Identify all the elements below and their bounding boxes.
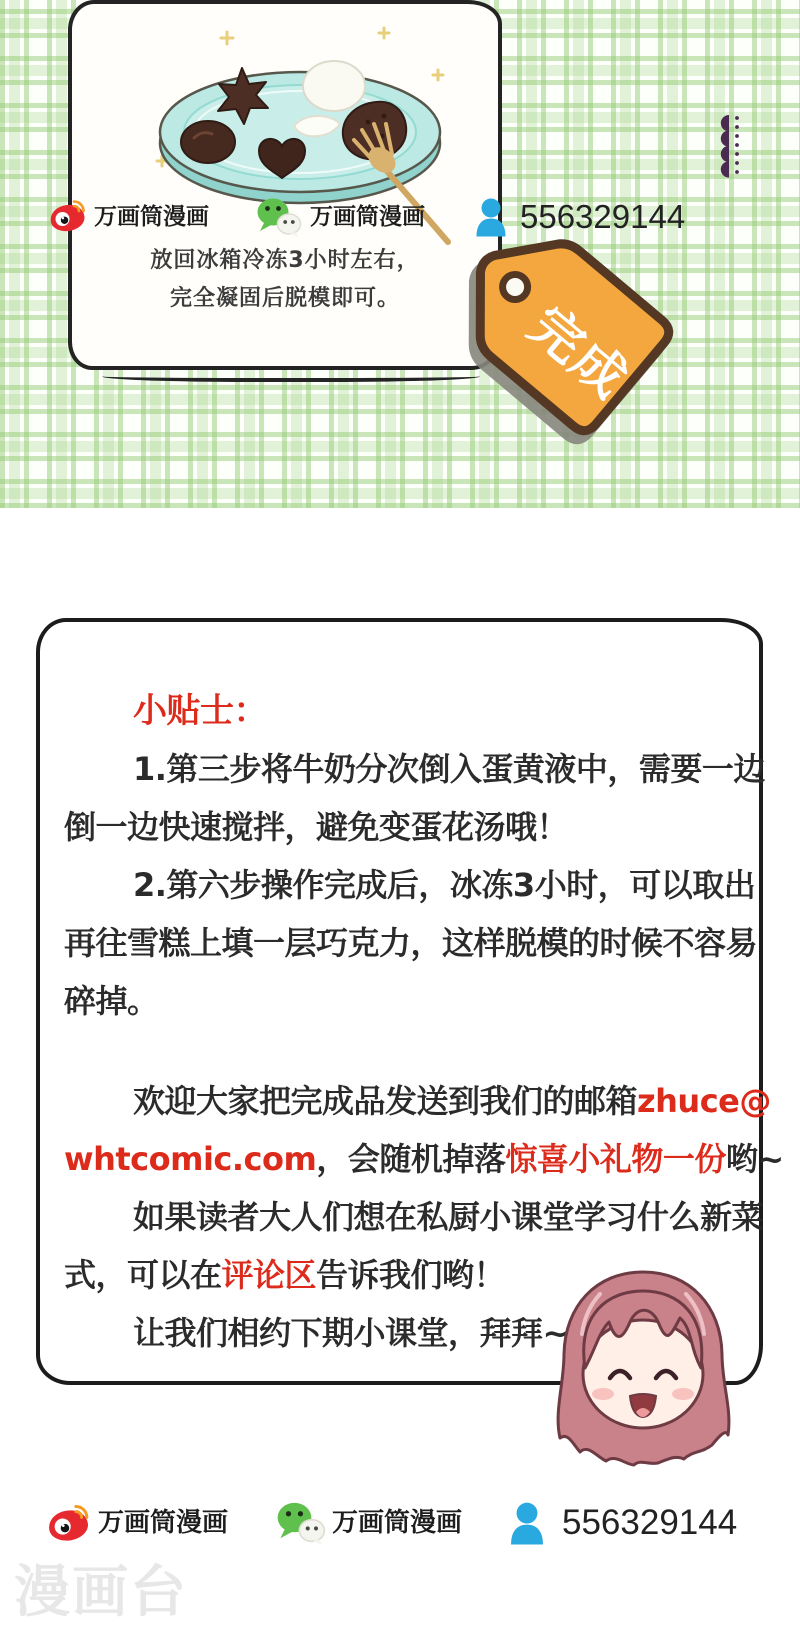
tip2-line3: 碎掉。 bbox=[64, 972, 759, 1030]
wechat-handle: 万画筒漫画 bbox=[310, 194, 425, 240]
platform-watermark: 漫画台 bbox=[14, 1548, 188, 1628]
purple-scroll-ornament-icon bbox=[714, 114, 744, 180]
outro-line3: 如果读者大人们想在私厨小课堂学习什么新菜 bbox=[133, 1188, 759, 1246]
recipe-caption-line1: 放回冰箱冷冻3小时左右， bbox=[72, 242, 498, 280]
qq-number: 556329144 bbox=[562, 1500, 737, 1546]
email-part1: zhuce@ bbox=[637, 1082, 771, 1120]
outro-line2: whtcomic.com，会随机掉落惊喜小礼物一份哟~ bbox=[64, 1130, 759, 1188]
social-row-top: 万画筒漫画 万画筒漫画 556329144 bbox=[0, 194, 800, 240]
tip2-line2: 再往雪糕上填一层巧克力，这样脱模的时候不容易 bbox=[64, 914, 759, 972]
wechat-handle: 万画筒漫画 bbox=[332, 1500, 462, 1546]
tip1-line1: 1.第三步将牛奶分次倒入蛋黄液中，需要一边 bbox=[133, 740, 759, 798]
email-part2: whtcomic.com bbox=[64, 1140, 316, 1178]
outro-line4-text1: 式，可以在 bbox=[64, 1256, 222, 1294]
girl-character-illustration bbox=[540, 1262, 746, 1468]
comments-highlight: 评论区 bbox=[222, 1256, 317, 1294]
gift-highlight: 惊喜小礼物一份 bbox=[505, 1140, 726, 1178]
wechat-icon bbox=[276, 1500, 326, 1546]
outro-line4-text2: 告诉我们哟！ bbox=[316, 1256, 505, 1294]
social-row-bottom: 万画筒漫画 万画筒漫画 556329144 bbox=[0, 1500, 800, 1546]
outro-line1-text: 欢迎大家把完成品发送到我们的邮箱 bbox=[133, 1082, 637, 1120]
done-tag: 完成 bbox=[452, 244, 664, 402]
weibo-handle: 万画筒漫画 bbox=[98, 1500, 228, 1546]
outro-line2-text2: 哟~ bbox=[726, 1140, 784, 1178]
qq-icon bbox=[508, 1501, 546, 1545]
tips-title: 小贴士： bbox=[133, 682, 759, 740]
comic-page: 放回冰箱冷冻3小时左右， 完全凝固后脱模即可。 万画筒漫画 bbox=[0, 0, 800, 1631]
weibo-handle: 万画筒漫画 bbox=[94, 194, 209, 240]
weibo-icon bbox=[48, 198, 88, 232]
tip2-line1: 2.第六步操作完成后，冰冻3小时，可以取出 bbox=[133, 856, 759, 914]
wechat-icon bbox=[256, 196, 302, 238]
outro-line1: 欢迎大家把完成品发送到我们的邮箱zhuce@ bbox=[133, 1072, 759, 1130]
weibo-icon bbox=[46, 1502, 92, 1542]
tip1-line2: 倒一边快速搅拌，避免变蛋花汤哦！ bbox=[64, 798, 759, 856]
outro-line2-text1: ，会随机掉落 bbox=[316, 1140, 505, 1178]
